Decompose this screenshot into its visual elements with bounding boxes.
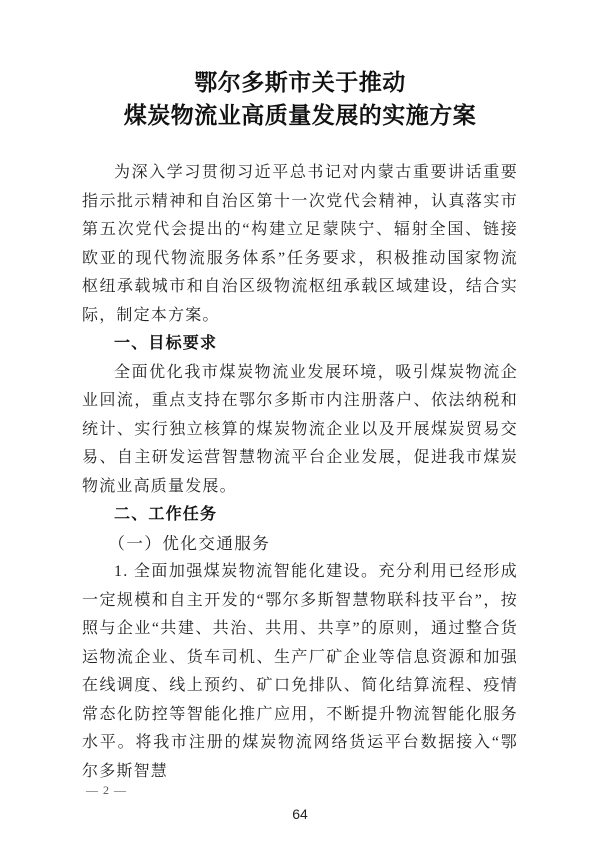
document-title: 鄂尔多斯市关于推动 煤炭物流业高质量发展的实施方案 [82, 66, 518, 132]
viewer-page-number: 64 [0, 806, 600, 822]
document-page-label: — 2 — [86, 783, 127, 798]
section-heading-1: 一、目标要求 [82, 330, 518, 359]
sub-heading-transport-services: （一）优化交通服务 [82, 530, 518, 559]
section-heading-2: 二、工作任务 [82, 501, 518, 530]
document-page: 鄂尔多斯市关于推动 煤炭物流业高质量发展的实施方案 为深入学习贯彻习近平总书记对… [0, 0, 600, 848]
document-content: 鄂尔多斯市关于推动 煤炭物流业高质量发展的实施方案 为深入学习贯彻习近平总书记对… [82, 66, 518, 786]
paragraph-intro: 为深入学习贯彻习近平总书记对内蒙古重要讲话重要指示批示精神和自治区第十一次党代会… [82, 159, 518, 330]
document-title-line2: 煤炭物流业高质量发展的实施方案 [124, 103, 477, 128]
paragraph-task-1: 1. 全面加强煤炭物流智能化建设。充分利用已经形成一定规模和自主开发的“鄂尔多斯… [82, 558, 518, 786]
document-title-line1: 鄂尔多斯市关于推动 [194, 70, 406, 95]
paragraph-goals: 全面优化我市煤炭物流业发展环境，吸引煤炭物流企业回流，重点支持在鄂尔多斯市内注册… [82, 359, 518, 502]
